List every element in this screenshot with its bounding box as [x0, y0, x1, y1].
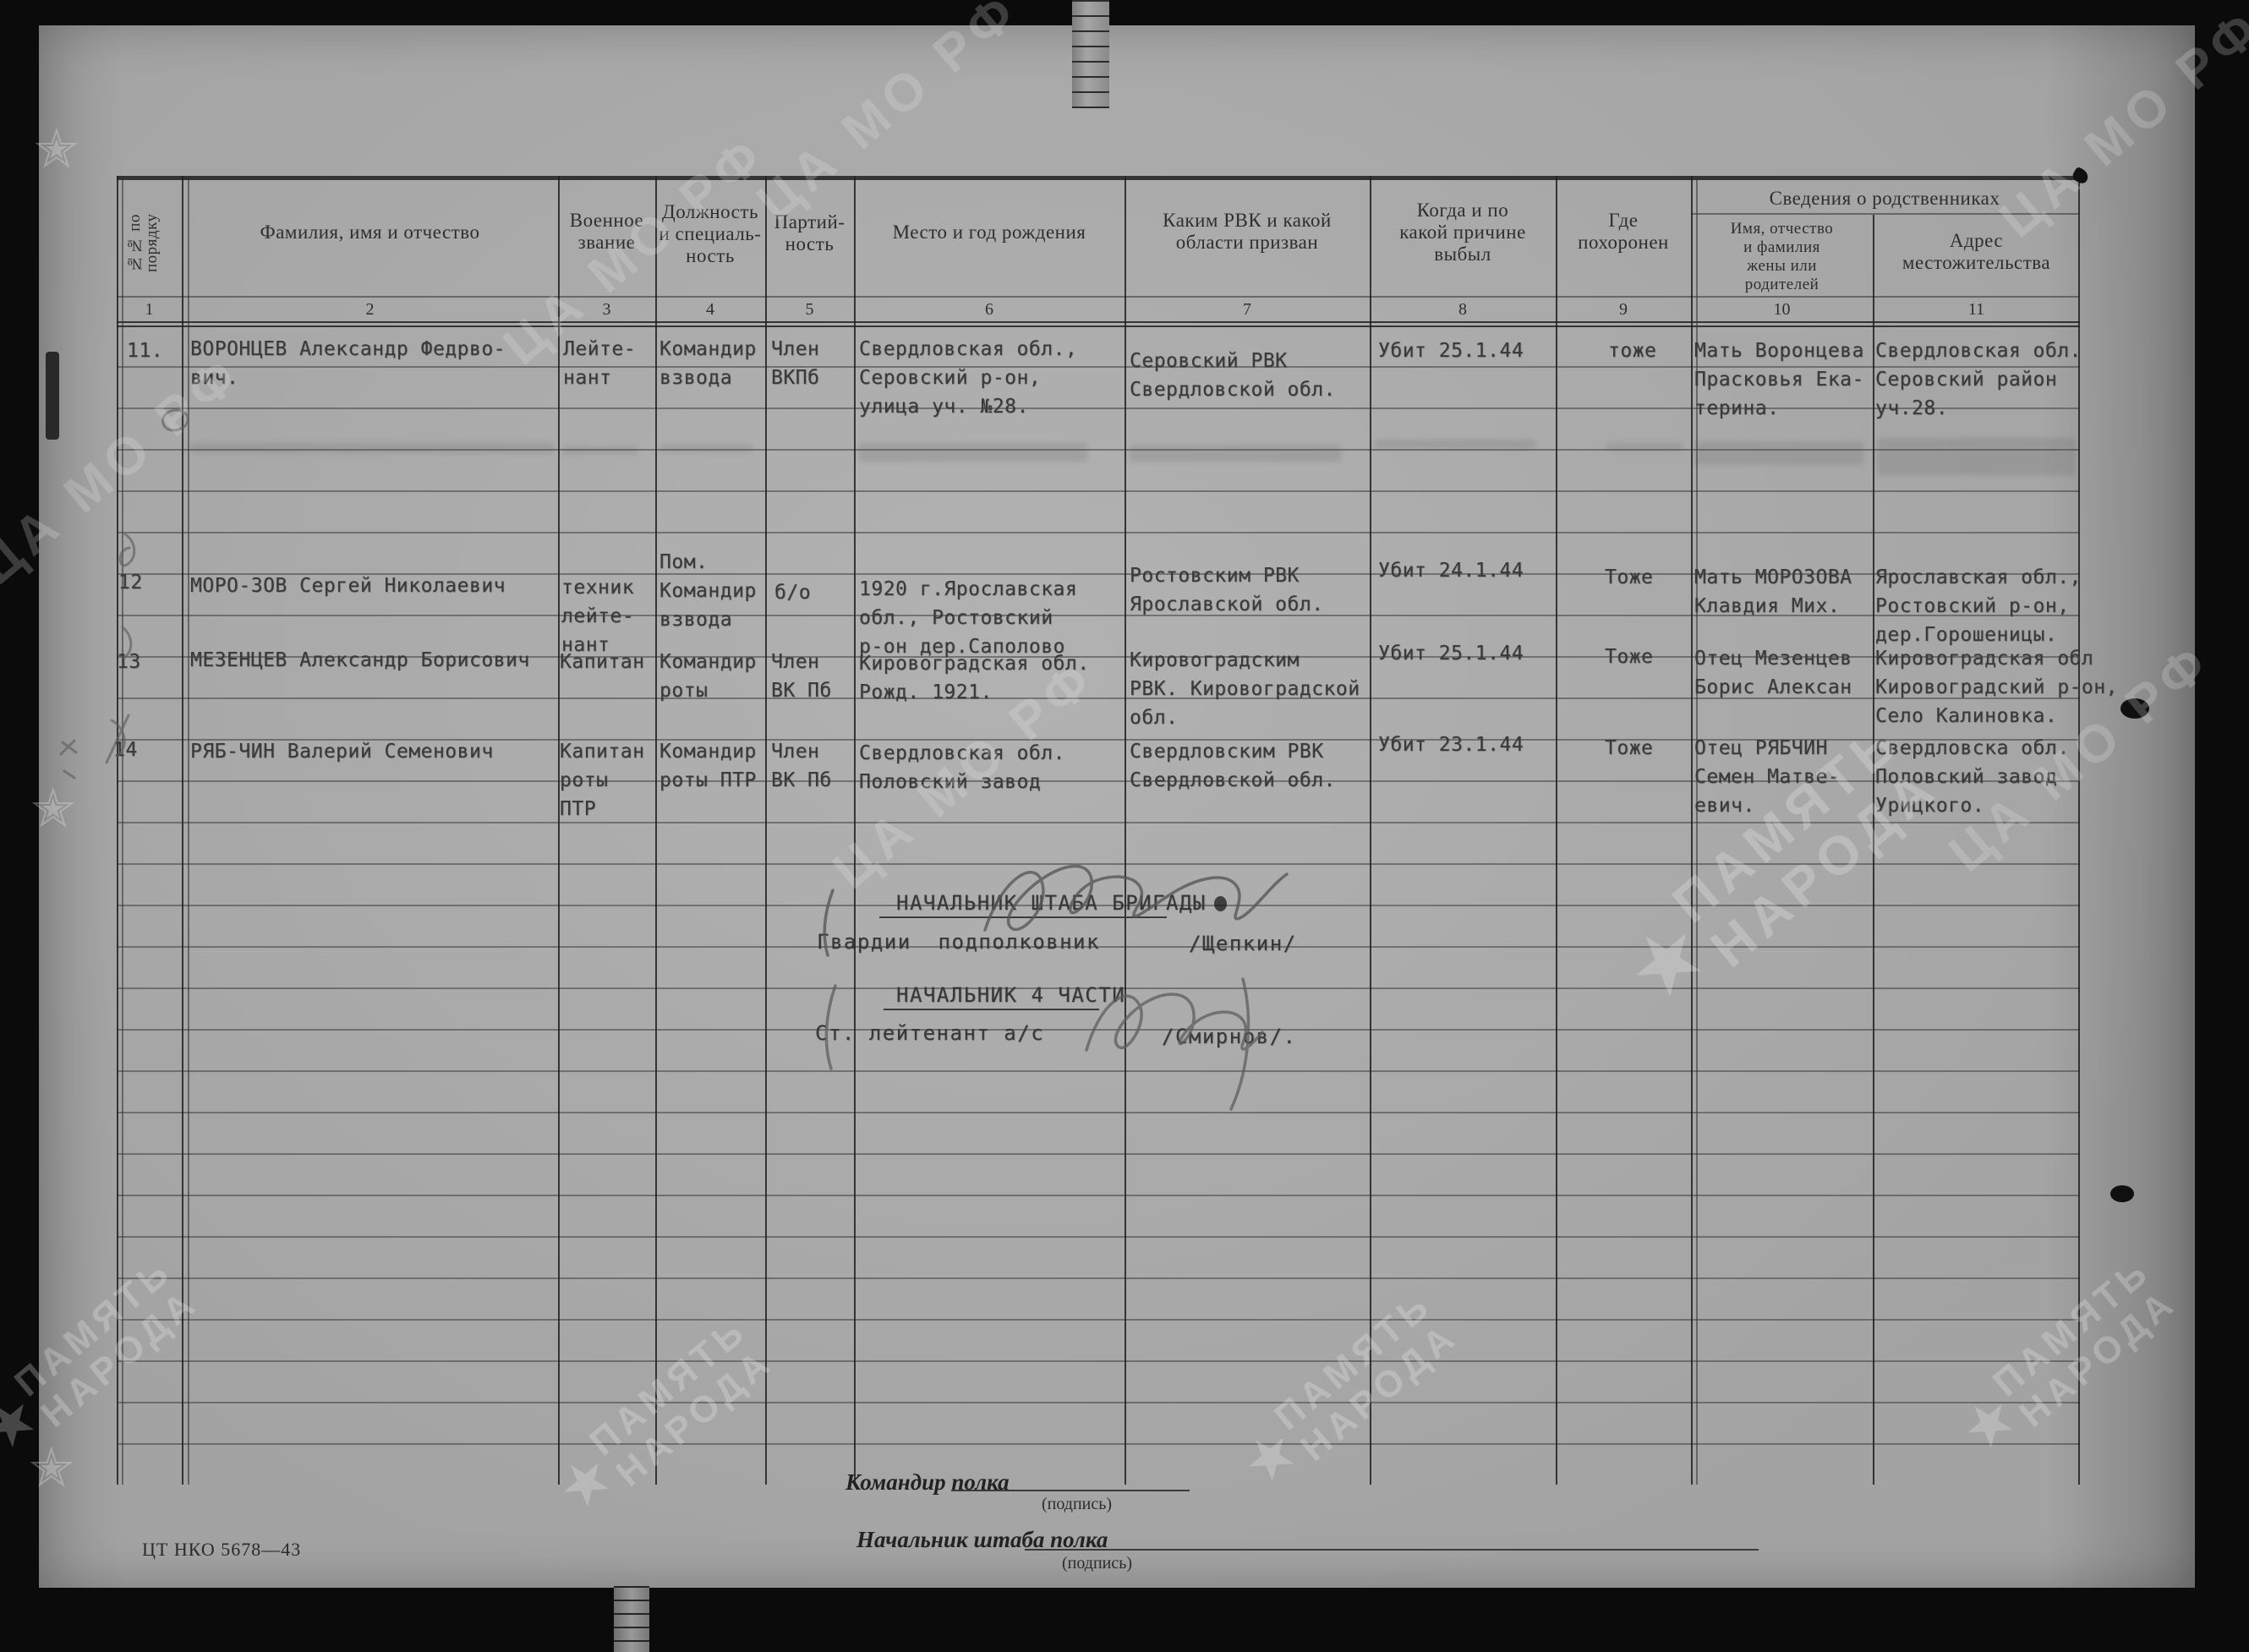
col-line-2-3	[558, 176, 560, 1485]
row-morozov-drafted: Ростовским РВК Ярославской обл.	[1130, 561, 1324, 619]
ruler-bottom	[614, 1586, 649, 1652]
binding-shadow	[46, 352, 59, 440]
sig-title-brigade-chief-of-staff: НАЧАЛЬНИК ШТАБА БРИГАДЫ	[896, 891, 1207, 915]
col-number-1: 1	[117, 300, 182, 320]
col-line-5-6	[854, 176, 856, 1485]
faded-row-remnant	[1877, 438, 2076, 475]
row-ryabchin-relatives: Отец РЯБЧИН Семен Матве- евич.	[1694, 734, 1840, 820]
header-col-6: Место и год рождения	[854, 222, 1124, 243]
col-line-6-7	[1124, 176, 1126, 1485]
col-line-1-2	[182, 176, 183, 1485]
ruler-top	[1072, 0, 1109, 108]
ink-blot	[2110, 1185, 2134, 1202]
row-mezencev-party: Член ВК Пб	[771, 648, 832, 705]
group-header-underline	[1691, 213, 2078, 215]
header-col-11: Адрес местожительства	[1873, 230, 2080, 274]
col-line-3-4	[655, 176, 657, 1485]
sig-rank-senior-lieutenant: Ст. лейтенант а/с	[815, 1021, 1044, 1045]
row-mezencev-num: 13	[117, 648, 141, 676]
star-icon: ✭	[34, 118, 79, 181]
header-number-separator	[117, 296, 2080, 298]
star-icon: ✭	[29, 1437, 74, 1500]
row-mezencev-birthplace: Кировоградская обл. Рожд. 1921.	[859, 649, 1090, 707]
sig-title-chief-4th-section: НАЧАЛЬНИК 4 ЧАСТИ	[896, 983, 1125, 1007]
signature-caption-2: (подпись)	[1062, 1554, 1132, 1573]
faded-row-remnant	[659, 445, 752, 452]
col-number-7: 7	[1124, 300, 1370, 320]
row-ryabchin-drafted: Свердловским РВК Свердловской обл.	[1130, 737, 1336, 795]
row-voroncev-position: Командир взвода	[659, 335, 757, 392]
col-line-left-double	[122, 176, 123, 1485]
row-morozov-position: Пом. Командир взвода	[659, 548, 757, 634]
commander-signature-line	[951, 1490, 1190, 1491]
row-ryabchin-rank: Капитан роты ПТР	[560, 737, 644, 823]
row-ryabchin-name: РЯБ-ЧИН Валерий Семенович	[190, 737, 494, 766]
faded-row-remnant	[859, 443, 1087, 462]
sig-underline-2	[884, 1009, 1099, 1010]
header-col-3: Военное звание	[558, 210, 655, 254]
col-number-3: 3	[558, 300, 655, 320]
row-mezencev-relatives: Отец Мезенцев Борис Алексан	[1694, 644, 1852, 702]
sig-name-shchepkin: /Щепкин/	[1189, 932, 1297, 955]
row-voroncev-address: Свердловская обл. Серовский район уч.28.	[1875, 336, 2082, 423]
sig-name-smirnov: /Смирнов/.	[1162, 1025, 1297, 1048]
star-icon: ✭	[30, 778, 76, 840]
header-col-2: Фамилия, имя и отчество	[182, 222, 558, 243]
row-mezencev-address: Кировоградская обл Кировоградский р-он, …	[1875, 644, 2118, 730]
signature-caption-1: (подпись)	[1042, 1495, 1112, 1514]
col-number-9: 9	[1556, 300, 1691, 320]
row-voroncev-rank: Лейте- нант	[563, 335, 636, 392]
row-mezencev-fate: Убит 25.1.44	[1378, 639, 1524, 668]
row-morozov-birthplace: 1920 г.Ярославская обл., Ростовский р-он…	[859, 575, 1077, 661]
chief-signature-line	[1025, 1549, 1759, 1551]
faded-row-remnant	[1694, 441, 1863, 465]
header-group-relatives: Сведения о родственниках	[1691, 188, 2078, 210]
col-line-7-8	[1370, 176, 1371, 1485]
row-morozov-fate: Убит 24.1.44	[1378, 556, 1524, 585]
faded-row-remnant	[1375, 440, 1535, 449]
commander-of-regiment-label: Командир полка	[845, 1469, 1010, 1496]
header-bottom-line-2	[117, 325, 2080, 327]
row-morozov-relatives: Мать МОРОЗОВА Клавдия Мих.	[1694, 563, 1852, 621]
header-col-10: Имя, отчество и фамилия жены или родител…	[1691, 220, 1873, 294]
header-col-5: Партий- ность	[765, 211, 854, 255]
row-morozov-buried: Тоже	[1605, 563, 1653, 592]
row-voroncev-drafted: Серовский РВК Свердловской обл.	[1130, 347, 1336, 404]
row-voroncev-party: Член ВКПб	[771, 335, 819, 392]
form-code: ЦТ НКО 5678—43	[142, 1539, 301, 1561]
row-ryabchin-fate: Убит 23.1.44	[1378, 730, 1524, 759]
col-line-4-5	[765, 176, 767, 1485]
col-line-9-10	[1691, 176, 1693, 1485]
col-number-2: 2	[182, 300, 558, 320]
row-voroncev-num: 11.	[127, 336, 163, 365]
row-voroncev-fate: Убит 25.1.44	[1378, 336, 1524, 365]
header-col-7: Каким РВК и какой области призван	[1124, 210, 1370, 254]
row-ryabchin-buried: Тоже	[1605, 734, 1653, 763]
header-col-8: Когда и по какой причине выбыл	[1370, 200, 1556, 265]
col-number-6: 6	[854, 300, 1124, 320]
faded-row-remnant	[1606, 443, 1683, 451]
row-mezencev-position: Командир роты	[659, 648, 757, 705]
row-ryabchin-position: Командир роты ПТР	[659, 737, 757, 795]
scanned-casualty-list-page: №№ по порядку Фамилия, имя и отчество Во…	[0, 0, 2249, 1652]
row-voroncev-relatives: Мать Воронцева Прасковья Ека- терина.	[1694, 336, 1864, 423]
col-line-left	[117, 176, 118, 1485]
col-line-8-9	[1556, 176, 1557, 1485]
row-mezencev-rank: Капитан	[560, 648, 644, 676]
col-number-10: 10	[1691, 300, 1873, 320]
row-voroncev-name: ВОРОНЦЕВ Александр Федрво- вич.	[190, 335, 506, 392]
faded-row-remnant	[1130, 445, 1341, 462]
row-ryabchin-birthplace: Свердловская обл. Половский завод	[859, 739, 1065, 796]
header-col-4: Должность и специаль- ность	[655, 201, 765, 267]
faded-row-remnant	[190, 443, 554, 453]
col-line-10-11	[1873, 215, 1874, 1485]
row-morozov-address: Ярославская обл., Ростовский р-он, дер.Г…	[1875, 563, 2082, 649]
col-number-5: 5	[765, 300, 854, 320]
row-mezencev-buried: Тоже	[1605, 643, 1653, 671]
row-morozov-num: 12	[118, 568, 143, 597]
col-number-4: 4	[655, 300, 765, 320]
row-mezencev-drafted: Кировоградским РВК. Кировоградской обл.	[1130, 646, 1360, 732]
col-line-1-2-double	[188, 176, 189, 1485]
sig-underline-1	[879, 916, 1167, 918]
row-morozov-rank: техник лейте- нант	[561, 573, 634, 659]
row-ryabchin-party: Член ВК Пб	[771, 737, 832, 795]
ink-blot	[1214, 896, 1227, 911]
table-top-border	[117, 176, 2080, 180]
row-mezencev-name: МЕЗЕНЦЕВ Александр Борисович	[190, 646, 530, 675]
row-ryabchin-num: 14	[113, 736, 138, 764]
header-col-1: №№ по порядку	[127, 190, 161, 296]
faded-row-remnant	[562, 446, 638, 454]
row-ryabchin-address: Свердловска обл. Половский завод Урицког…	[1875, 734, 2070, 820]
sig-rank-guards-lt-colonel: Гвардии подполковник	[817, 930, 1100, 954]
header-col-9: Где похоронен	[1556, 210, 1691, 254]
row-voroncev-buried: тоже	[1608, 336, 1656, 365]
row-morozov-name: МОРО-ЗОВ Сергей Николаевич	[190, 572, 506, 600]
col-number-8: 8	[1370, 300, 1556, 320]
header-bottom-line-1	[117, 321, 2080, 323]
ink-blot	[2120, 698, 2149, 719]
row-voroncev-birthplace: Свердловская обл., Серовский р-он, улица…	[859, 335, 1077, 421]
row-morozov-party: б/о	[774, 578, 811, 607]
col-number-11: 11	[1873, 300, 2080, 320]
